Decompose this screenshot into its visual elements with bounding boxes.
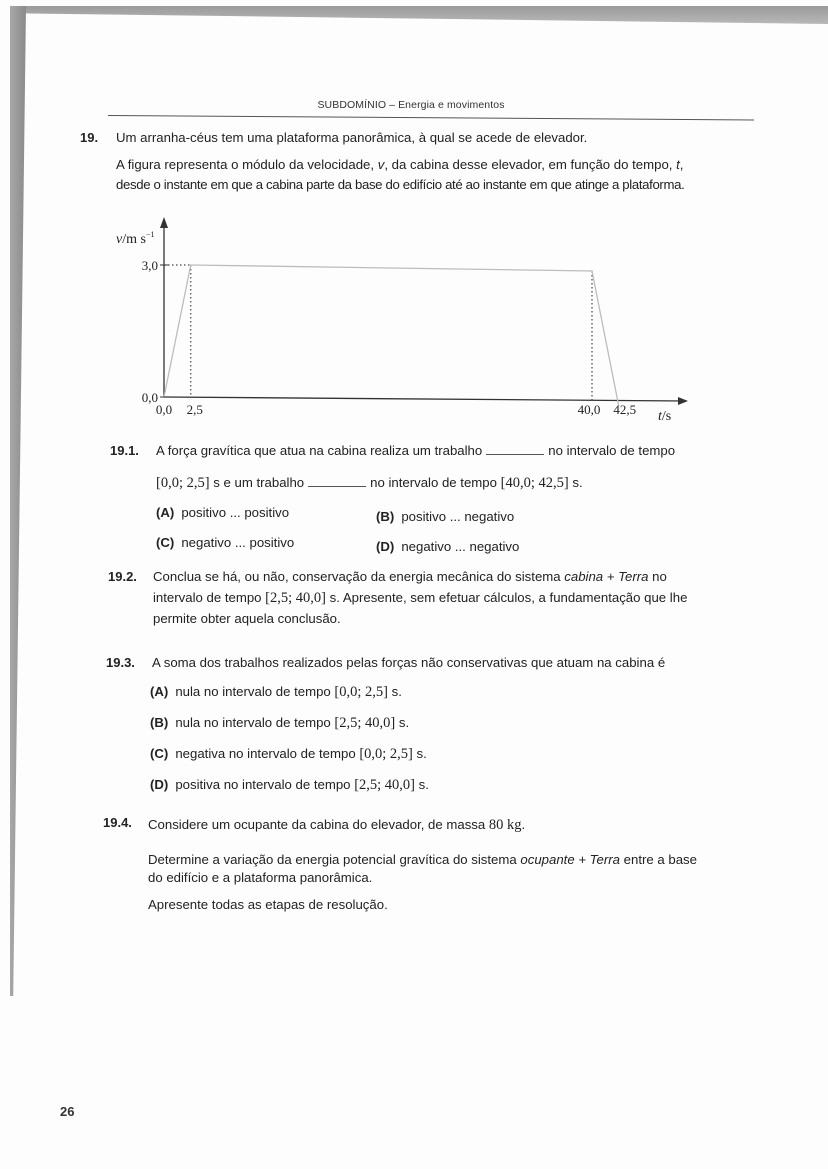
option-19-3-c[interactable]: (C)negativa no intervalo de tempo [0,0; … <box>150 746 427 763</box>
option-text: nula no intervalo de tempo <box>175 715 334 730</box>
text: Determine a variação da energia potencia… <box>148 852 520 867</box>
text: entre a base <box>620 852 697 867</box>
option-19-1-c[interactable]: (C)negativo ... positivo <box>156 535 294 550</box>
text: s e um trabalho <box>210 475 305 490</box>
interval: [2,5; 40,0] <box>354 777 415 793</box>
interval: [40,0; 42,5] <box>501 475 569 491</box>
text: , da cabina desse elevador, em função do… <box>384 157 676 172</box>
text: A figura representa o módulo da velocida… <box>116 157 378 172</box>
option-text: positivo ... negativo <box>401 509 514 524</box>
text: no intervalo de tempo <box>370 475 497 490</box>
option-text: nula no intervalo de tempo <box>175 684 334 699</box>
option-letter: (C) <box>156 535 174 550</box>
text: Considere um ocupante da cabina do eleva… <box>148 817 489 832</box>
question-19-4-line1: Considere um ocupante da cabina do eleva… <box>148 815 525 835</box>
interval: [2,5; 40,0] <box>334 715 395 731</box>
option-letter: (D) <box>150 777 168 792</box>
question-19-figure-text-2: desde o instante em que a cabina parte d… <box>116 175 684 195</box>
question-19-2-number: 19.2. <box>108 569 137 584</box>
system-name: cabina + Terra <box>564 569 648 584</box>
question-19-3-number: 19.3. <box>106 655 135 670</box>
question-19-2-line1: Conclua se há, ou não, conservação da en… <box>153 567 667 587</box>
option-text: negativo ... negativo <box>401 539 519 554</box>
interval: [0,0; 2,5] <box>334 684 388 700</box>
text: Conclua se há, ou não, conservação da en… <box>153 569 564 584</box>
interval: [2,5; 40,0] <box>265 590 326 606</box>
text: s. <box>413 746 427 761</box>
question-19-4-line2: Determine a variação da energia potencia… <box>148 850 697 870</box>
mass-value: 80 kg <box>489 817 522 833</box>
option-19-3-a[interactable]: (A)nula no intervalo de tempo [0,0; 2,5]… <box>150 684 402 701</box>
text: , <box>680 157 684 172</box>
option-19-1-a[interactable]: (A)positivo ... positivo <box>156 505 289 520</box>
header-divider <box>108 115 754 121</box>
answer-blank-1 <box>486 443 544 455</box>
page-number: 26 <box>60 1104 74 1119</box>
svg-text:t/s: t/s <box>658 409 671 424</box>
text: no intervalo de tempo <box>548 443 675 458</box>
option-19-1-b[interactable]: (B)positivo ... negativo <box>376 509 514 524</box>
interval: [0,0; 2,5] <box>359 746 413 762</box>
answer-blank-2 <box>308 475 366 487</box>
svg-text:42,5: 42,5 <box>613 402 636 417</box>
question-19-2-line2: intervalo de tempo [2,5; 40,0] s. Aprese… <box>153 588 687 608</box>
svg-text:3,0: 3,0 <box>142 258 158 273</box>
text: s. Apresente, sem efetuar cálculos, a fu… <box>326 590 687 605</box>
system-name: ocupante + Terra <box>520 852 620 867</box>
option-19-3-b[interactable]: (B)nula no intervalo de tempo [2,5; 40,0… <box>150 715 409 732</box>
question-19-figure-text: A figura representa o módulo da velocida… <box>116 155 736 175</box>
option-text: negativo ... positivo <box>181 535 294 550</box>
option-letter: (C) <box>150 746 168 761</box>
text: s. <box>388 684 402 699</box>
text: s. <box>415 777 429 792</box>
question-19-1-line1: A força gravítica que atua na cabina rea… <box>156 441 675 461</box>
question-19-2-line3: permite obter aquela conclusão. <box>153 609 341 629</box>
text: intervalo de tempo <box>153 590 265 605</box>
option-letter: (B) <box>376 509 394 524</box>
text: s. <box>395 715 409 730</box>
text: s. <box>569 475 583 490</box>
svg-text:40,0: 40,0 <box>578 402 601 417</box>
interval: [0,0; 2,5] <box>156 475 210 491</box>
option-letter: (A) <box>150 684 168 699</box>
option-letter: (B) <box>150 715 168 730</box>
option-text: positivo ... positivo <box>181 505 289 520</box>
scan-shadow-top <box>10 6 828 24</box>
option-letter: (D) <box>376 539 394 554</box>
page-header: SUBDOMÍNIO – Energia e movimentos <box>26 99 796 111</box>
question-19-4-line3: do edifício e a plataforma panorâmica. <box>148 868 372 888</box>
question-19-1-line2: [0,0; 2,5] s e um trabalhono intervalo d… <box>156 473 583 493</box>
question-19-number: 19. <box>80 130 98 145</box>
option-letter: (A) <box>156 505 174 520</box>
text: . <box>522 817 526 832</box>
question-19-1-number: 19.1. <box>110 443 139 458</box>
option-19-1-d[interactable]: (D)negativo ... negativo <box>376 539 519 554</box>
question-19-4-number: 19.4. <box>103 815 132 830</box>
svg-text:0,0: 0,0 <box>156 402 172 417</box>
option-text: positiva no intervalo de tempo <box>175 777 354 792</box>
question-19-intro: Um arranha-céus tem uma plataforma panor… <box>116 128 587 148</box>
question-19-3-stem: A soma dos trabalhos realizados pelas fo… <box>152 653 665 673</box>
svg-text:v/m s−1: v/m s−1 <box>116 230 154 247</box>
option-text: negativa no intervalo de tempo <box>175 746 359 761</box>
scan-shadow-left <box>10 6 26 996</box>
svg-text:2,5: 2,5 <box>187 402 203 417</box>
velocity-time-chart: 3,00,00,02,540,042,5v/m s−1t/s <box>0 205 828 445</box>
text: no <box>648 569 666 584</box>
text: A força gravítica que atua na cabina rea… <box>156 443 482 458</box>
question-19-4-line4: Apresente todas as etapas de resolução. <box>148 895 388 915</box>
option-19-3-d[interactable]: (D)positiva no intervalo de tempo [2,5; … <box>150 777 429 794</box>
